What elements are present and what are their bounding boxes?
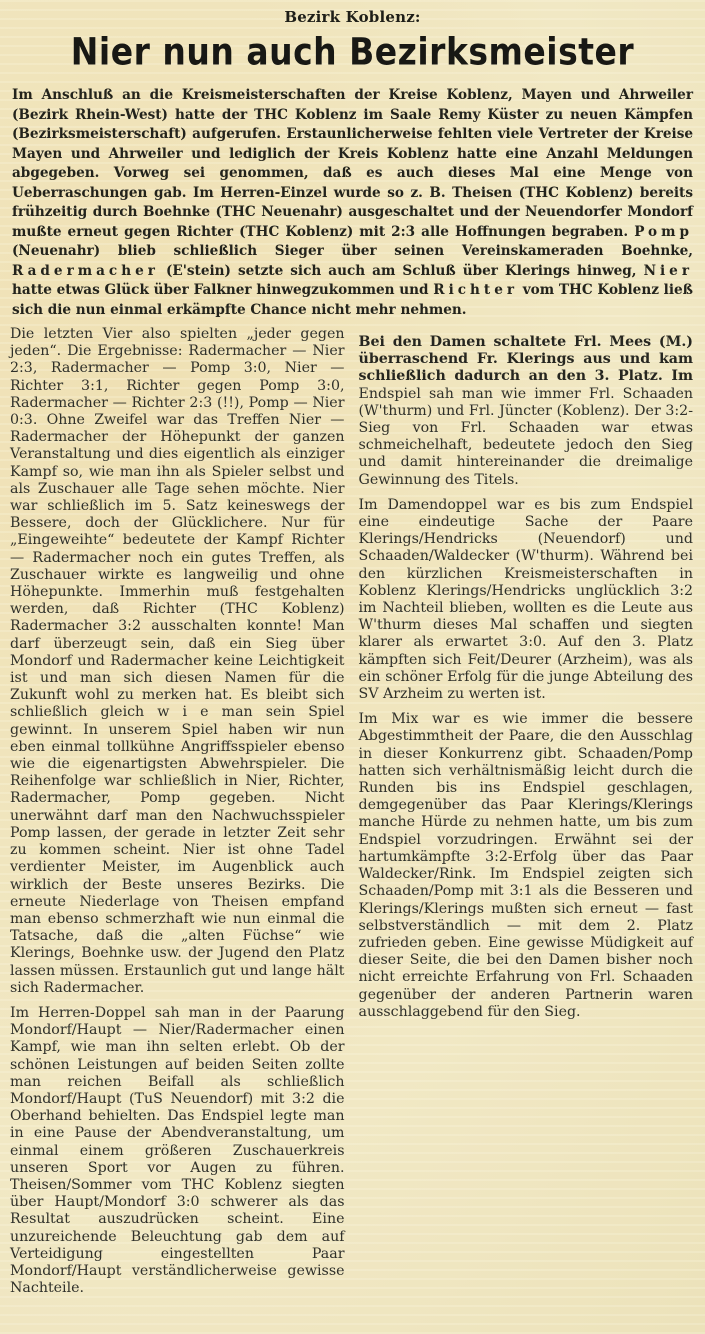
lead-name-pomp: Pomp <box>634 224 693 240</box>
right-column: Bei den Damen schaltete Frl. Mees (M.) ü… <box>359 334 698 1305</box>
damen-einzel-bold: Bei den Damen schaltete Frl. Mees (M.) ü… <box>359 334 694 384</box>
lead-text-4: hatte etwas Glück über Falkner hinwegzuk… <box>12 282 433 298</box>
article-kicker: Bezirk Koblenz: <box>8 0 697 30</box>
lead-text-2: (Neuenahr) blieb schließlich Sieger über… <box>12 243 693 259</box>
paragraph-mixed: Im Mix war es wie immer die bessere Abge… <box>359 711 694 1021</box>
paragraph-herren-doppel: Im Herren-Doppel sah man in der Paarung … <box>10 1005 345 1297</box>
damen-einzel-rest: Endspiel sah man wie immer Frl. Schaaden… <box>359 386 694 488</box>
lead-name-nier: Nier <box>644 263 693 279</box>
lead-name-radermacher: Radermacher <box>12 263 159 279</box>
lead-name-richter: Richter <box>433 282 518 298</box>
paragraph-herren-einzel: Die letzten Vier also spielten „jeder ge… <box>10 326 345 997</box>
paragraph-damen-doppel: Im Damendoppel war es bis zum Endspiel e… <box>359 497 694 703</box>
paragraph-damen-einzel: Bei den Damen schaltete Frl. Mees (M.) ü… <box>359 334 694 489</box>
article-headline: Nier nun auch Bezirksmeister <box>8 30 697 75</box>
lead-text-3: (E'stein) setzte sich auch am Schluß übe… <box>159 263 644 279</box>
article-lead: Im Anschluß an die Kreismeisterschaften … <box>8 86 697 320</box>
left-column: Die letzten Vier also spielten „jeder ge… <box>10 326 345 1305</box>
newspaper-clipping: Bezirk Koblenz: Nier nun auch Bezirksmei… <box>0 0 705 1334</box>
lead-text-1: Im Anschluß an die Kreismeisterschaften … <box>12 87 693 240</box>
article-body: Die letzten Vier also spielten „jeder ge… <box>8 326 697 1305</box>
